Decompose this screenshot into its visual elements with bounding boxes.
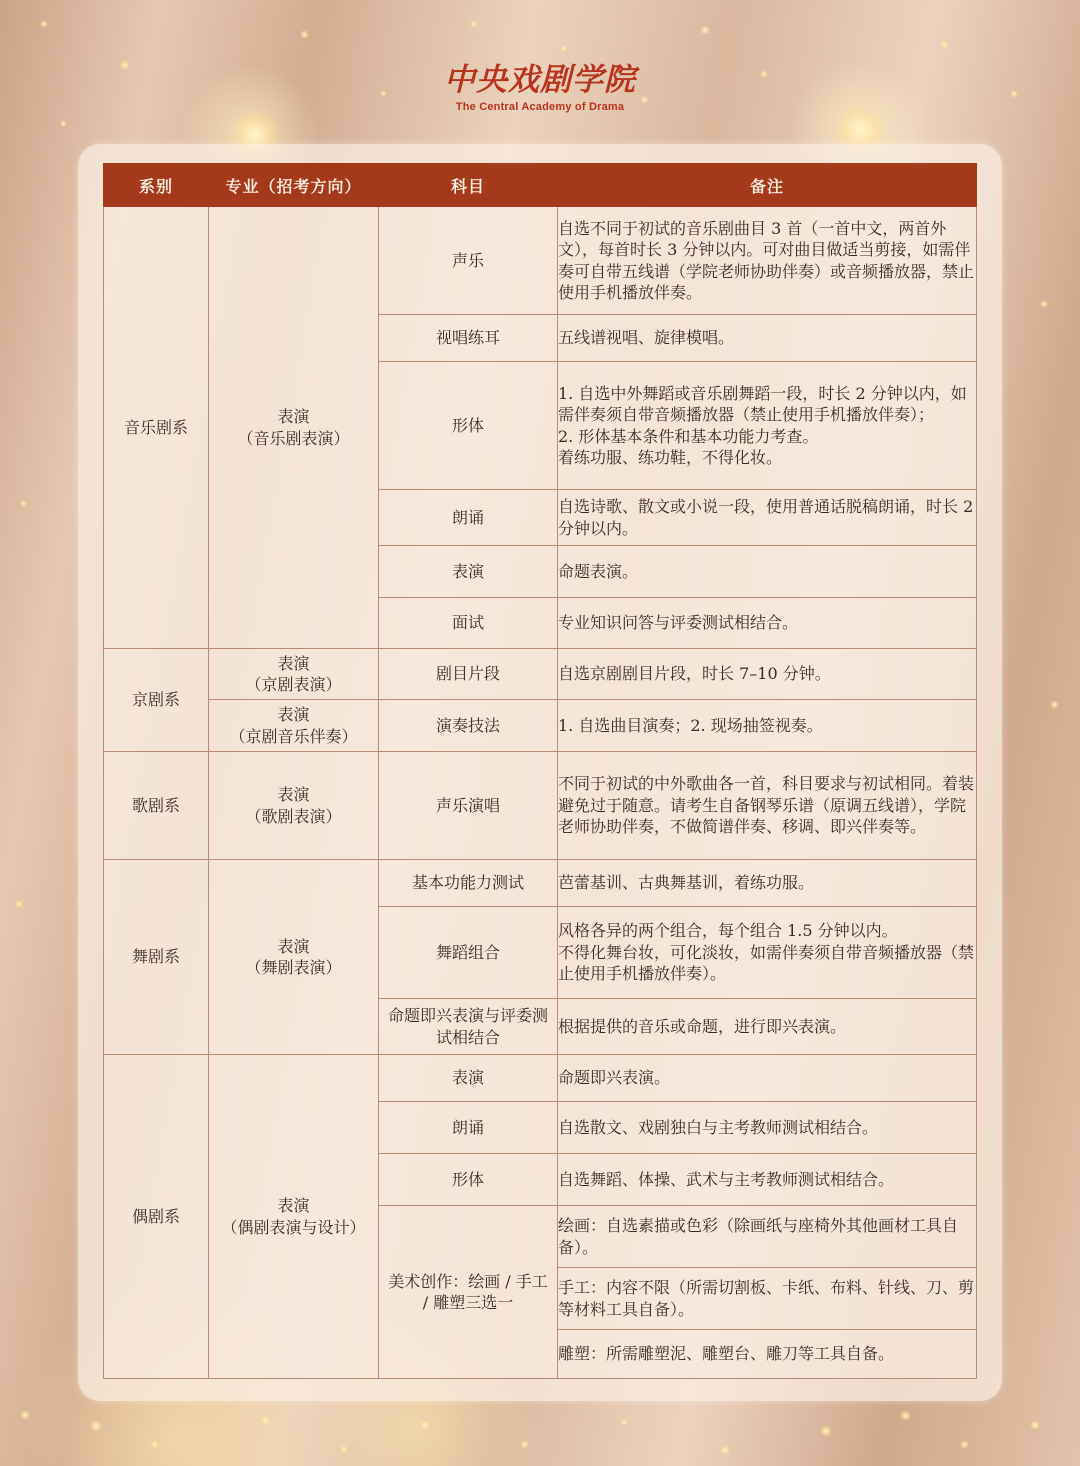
note-cell: 自选京剧剧目片段，时长 7–10 分钟。 (558, 649, 977, 700)
major-cell: 表演 （歌剧表演） (209, 752, 379, 860)
subject-cell: 形体 (379, 1154, 558, 1206)
table-header-row: 系别 专业（招考方向） 科目 备注 (104, 164, 977, 207)
note-cell: 命题即兴表演。 (558, 1055, 977, 1102)
note-cell: 1. 自选中外舞蹈或音乐剧舞蹈一段，时长 2 分钟以内，如需伴奏须自带音频播放器… (558, 362, 977, 490)
table-row: 京剧系 表演 （京剧表演） 剧目片段 自选京剧剧目片段，时长 7–10 分钟。 (104, 649, 977, 700)
subject-cell: 美术创作：绘画 / 手工 / 雕塑三选一 (379, 1206, 558, 1379)
subject-cell: 声乐 (379, 207, 558, 315)
subject-cell: 朗诵 (379, 490, 558, 546)
header-subject: 科目 (379, 164, 558, 207)
note-cell: 绘画：自选素描或色彩（除画纸与座椅外其他画材工具自备）。 (558, 1206, 977, 1268)
note-cell: 自选不同于初试的音乐剧曲目 3 首（一首中文，两首外文），每首时长 3 分钟以内… (558, 207, 977, 315)
subject-cell: 视唱练耳 (379, 315, 558, 362)
note-cell: 专业知识问答与评委测试相结合。 (558, 598, 977, 649)
table-row: 偶剧系 表演 （偶剧表演与设计） 表演 命题即兴表演。 (104, 1055, 977, 1102)
table-row: 歌剧系 表演 （歌剧表演） 声乐演唱 不同于初试的中外歌曲各一首，科目要求与初试… (104, 752, 977, 860)
major-cell: 表演 （舞剧表演） (209, 860, 379, 1055)
note-cell: 手工：内容不限（所需切割板、卡纸、布料、针线、刀、剪等材料工具自备）。 (558, 1268, 977, 1330)
note-cell: 风格各异的两个组合，每个组合 1.5 分钟以内。 不得化舞台妆，可化淡妆，如需伴… (558, 907, 977, 999)
subject-cell: 表演 (379, 546, 558, 598)
subject-cell: 表演 (379, 1055, 558, 1102)
major-cell: 表演 （京剧表演） (209, 649, 379, 700)
subject-cell: 演奏技法 (379, 700, 558, 752)
header-notes: 备注 (558, 164, 977, 207)
header-department: 系别 (104, 164, 209, 207)
logo-chinese-name: 中央戏剧学院 (0, 62, 1080, 98)
department-cell: 偶剧系 (104, 1055, 209, 1379)
major-cell: 表演 （音乐剧表演） (209, 207, 379, 649)
logo-english-name: The Central Academy of Drama (0, 101, 1080, 113)
exam-subjects-table: 系别 专业（招考方向） 科目 备注 音乐剧系 表演 （音乐剧表演） 声乐 自选不… (103, 163, 977, 1379)
department-cell: 音乐剧系 (104, 207, 209, 649)
department-cell: 京剧系 (104, 649, 209, 752)
subject-cell: 剧目片段 (379, 649, 558, 700)
subject-cell: 声乐演唱 (379, 752, 558, 860)
note-cell: 1. 自选曲目演奏；2. 现场抽签视奏。 (558, 700, 977, 752)
subject-cell: 面试 (379, 598, 558, 649)
department-cell: 歌剧系 (104, 752, 209, 860)
department-cell: 舞剧系 (104, 860, 209, 1055)
major-cell: 表演 （偶剧表演与设计） (209, 1055, 379, 1379)
subject-cell: 朗诵 (379, 1102, 558, 1154)
academy-logo: 中央戏剧学院 The Central Academy of Drama (0, 62, 1080, 113)
note-cell: 自选散文、戏剧独白与主考教师测试相结合。 (558, 1102, 977, 1154)
note-cell: 根据提供的音乐或命题，进行即兴表演。 (558, 999, 977, 1055)
table-row: 舞剧系 表演 （舞剧表演） 基本功能力测试 芭蕾基训、古典舞基训，着练功服。 (104, 860, 977, 907)
note-cell: 芭蕾基训、古典舞基训，着练功服。 (558, 860, 977, 907)
subject-cell: 命题即兴表演与评委测试相结合 (379, 999, 558, 1055)
note-cell: 雕塑：所需雕塑泥、雕塑台、雕刀等工具自备。 (558, 1330, 977, 1379)
subject-cell: 基本功能力测试 (379, 860, 558, 907)
note-cell: 自选舞蹈、体操、武术与主考教师测试相结合。 (558, 1154, 977, 1206)
note-cell: 命题表演。 (558, 546, 977, 598)
subject-cell: 舞蹈组合 (379, 907, 558, 999)
note-cell: 不同于初试的中外歌曲各一首，科目要求与初试相同。着装避免过于随意。请考生自备钢琴… (558, 752, 977, 860)
note-cell: 自选诗歌、散文或小说一段，使用普通话脱稿朗诵，时长 2 分钟以内。 (558, 490, 977, 546)
note-cell: 五线谱视唱、旋律模唱。 (558, 315, 977, 362)
table-row: 表演 （京剧音乐伴奏） 演奏技法 1. 自选曲目演奏；2. 现场抽签视奏。 (104, 700, 977, 752)
table-row: 音乐剧系 表演 （音乐剧表演） 声乐 自选不同于初试的音乐剧曲目 3 首（一首中… (104, 207, 977, 315)
header-major: 专业（招考方向） (209, 164, 379, 207)
major-cell: 表演 （京剧音乐伴奏） (209, 700, 379, 752)
subject-cell: 形体 (379, 362, 558, 490)
